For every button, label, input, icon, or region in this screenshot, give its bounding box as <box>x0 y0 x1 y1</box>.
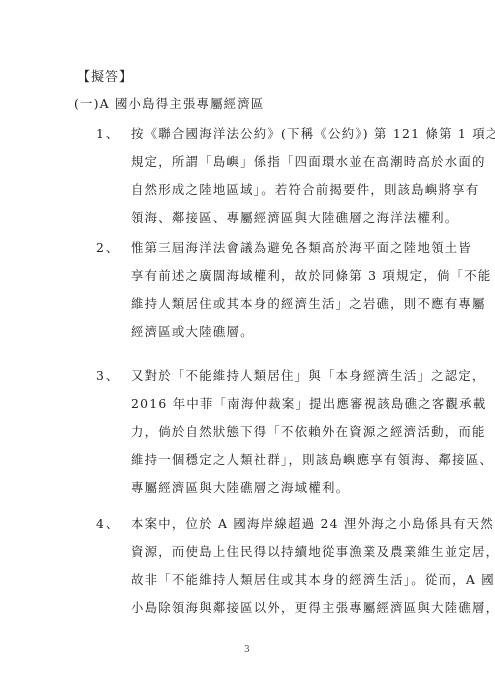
item-line: 專屬經濟區與大陸礁層之海域權利。 <box>131 478 349 496</box>
item-line: 惟第三屆海洋法會議為避免各類高於海平面之陸地領土皆 <box>131 238 472 256</box>
item-line: 小島除領海與鄰接區以外，更得主張專屬經濟區與大陸礁層， <box>131 598 495 616</box>
item-number: 4、 <box>96 514 120 532</box>
item-line: 維持一個穩定之人類社群」，則該島嶼應享有領海、鄰接區、 <box>131 450 493 468</box>
answer-heading: 【擬答】 <box>77 66 133 85</box>
page-number: 3 <box>244 645 250 655</box>
item-line: 自然形成之陸地區域」。若符合前揭要件，則該島嶼將享有 <box>131 180 479 198</box>
item-line: 規定，所謂「島嶼」係指「四面環水並在高潮時高於水面的 <box>131 152 486 170</box>
item-line: 享有前述之廣闊海域權利，故於同條第 3 項規定，倘「不能 <box>131 266 492 284</box>
item-line: 領海、鄰接區、專屬經濟區與大陸礁層之海洋法權利。 <box>131 208 458 226</box>
item-line: 本案中，位於 A 國海岸線超過 24 浬外海之小島係具有天然 <box>131 514 494 532</box>
item-line: 故非「不能維持人類居住或其本身的經濟生活」。從而，A 國 <box>131 570 495 588</box>
item-number: 2、 <box>96 238 120 256</box>
item-line: 又對於「不能維持人類居住」與「本身經濟生活」之認定， <box>131 366 486 384</box>
item-line: 按《聯合國海洋法公約》(下稱《公約》) 第 121 條第 1 項之 <box>131 124 495 142</box>
item-number: 3、 <box>96 366 120 384</box>
item-line: 資源，而使島上住民得以持續地從事漁業及農業維生並定居， <box>131 542 495 560</box>
section-title: (一)A 國小島得主張專屬經濟區 <box>74 94 264 112</box>
item-line: 2016 年中菲「南海仲裁案」提出應審視該島礁之客觀承載 <box>131 394 486 412</box>
document-page: 【擬答】 (一)A 國小島得主張專屬經濟區 1、 按《聯合國海洋法公約》(下稱《… <box>0 0 495 700</box>
item-line: 力，倘於自然狀態下得「不依賴外在資源之經濟活動，而能 <box>131 422 486 440</box>
item-line: 經濟區或大陸礁層。 <box>131 322 254 340</box>
item-number: 1、 <box>96 124 120 142</box>
item-line: 維持人類居住或其本身的經濟生活」之岩礁，則不應有專屬 <box>131 294 486 312</box>
